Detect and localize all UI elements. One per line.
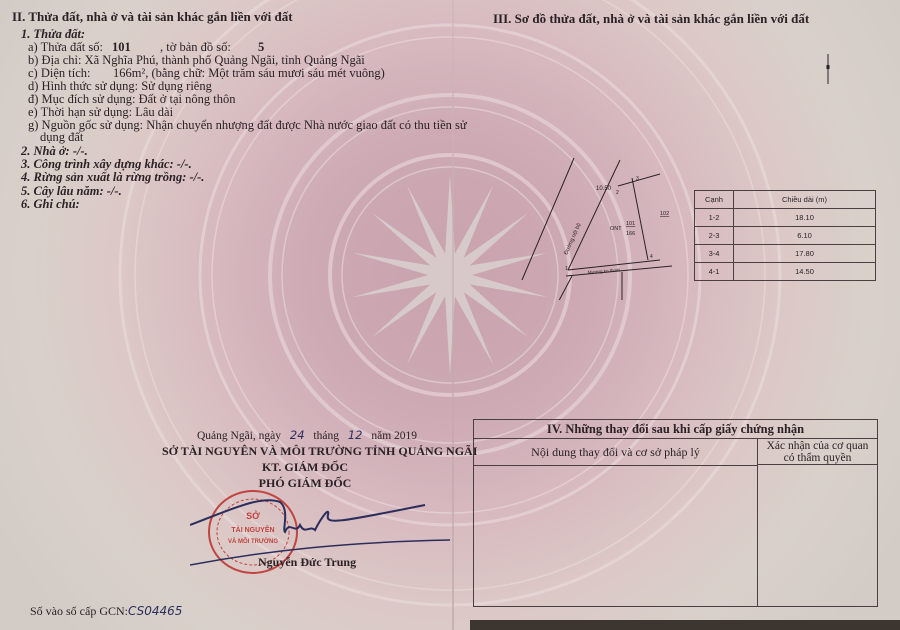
table-row: 2-36.10 — [695, 227, 876, 245]
address-line: b) Địa chỉ: Xã Nghĩa Phú, thành phố Quản… — [28, 53, 365, 67]
svg-text:Mương ko thoát: Mương ko thoát — [588, 267, 621, 275]
changes-authority-header: Xác nhận của cơ quan có thẩm quyền — [758, 439, 877, 465]
svg-text:166: 166 — [626, 231, 635, 237]
section-iii-title: III. Sơ đồ thửa đất, nhà ở và tài sản kh… — [493, 12, 809, 26]
changes-content-header: Nội dung thay đổi và cơ sở pháp lý — [474, 439, 757, 466]
usage-origin: g) Nguồn gốc sử dụng: Nhận chuyển nhượng… — [28, 118, 467, 132]
usage-term: e) Thời hạn sử dụng: Lâu dài — [28, 105, 173, 119]
item-planted-forest: 4. Rừng sản xuất là rừng trồng: -/-. — [21, 170, 204, 184]
svg-text:4: 4 — [650, 254, 653, 260]
header-length: Chiều dài (m) — [734, 191, 876, 209]
usage-purpose: đ) Mục đích sử dụng: Đất ở tại nông thôn — [28, 92, 235, 106]
area-label: c) Diện tích: — [28, 66, 90, 80]
svg-text:102: 102 — [660, 211, 669, 217]
table-header-row: Cạnh Chiều dài (m) — [695, 191, 876, 209]
map-sheet-label: , tờ bản đồ số: — [160, 40, 231, 54]
plot-diagram: 10.50 2 3 4 1 ONT 101 166 102 Đường nội … — [510, 150, 690, 300]
svg-text:101: 101 — [626, 221, 635, 227]
map-sheet-number: 5 — [258, 40, 264, 54]
issue-month: 12 — [348, 428, 363, 442]
registry-value: CS04465 — [128, 604, 182, 618]
section-ii-title: II. Thửa đất, nhà ở và tài sản khác gắn … — [12, 10, 293, 24]
north-arrow-icon — [824, 54, 832, 84]
column-divider — [757, 439, 758, 606]
photo-background-edge — [470, 620, 900, 630]
svg-text:ONT: ONT — [610, 226, 622, 232]
table-row: 3-417.80 — [695, 245, 876, 263]
header-edge: Cạnh — [695, 191, 734, 209]
issue-place-date: Quảng Ngãi, ngày 24 tháng 12 năm 2019 — [197, 428, 417, 443]
changes-table: IV. Những thay đổi sau khi cấp giấy chứn… — [473, 419, 878, 607]
signer-name: Nguyễn Đức Trung — [258, 555, 356, 569]
item-house: 2. Nhà ở: -/-. — [21, 144, 88, 158]
svg-text:1: 1 — [565, 266, 568, 272]
usage-form: d) Hình thức sử dụng: Sử dụng riêng — [28, 79, 212, 93]
item-notes: 6. Ghi chú: — [21, 197, 80, 211]
registry-number: Số vào sổ cấp GCN:CS04465 — [30, 604, 182, 618]
svg-text:3: 3 — [636, 176, 639, 182]
item-perennial-trees: 5. Cây lâu năm: -/-. — [21, 184, 122, 198]
area-value: 166m², (bằng chữ: Một trăm sáu mươi sáu … — [113, 66, 385, 80]
usage-origin-cont: dụng đất — [40, 130, 83, 144]
certificate-sheet: II. Thửa đất, nhà ở và tài sản khác gắn … — [0, 0, 900, 630]
issuing-agency: SỞ TÀI NGUYÊN VÀ MÔI TRƯỜNG TỈNH QUẢNG N… — [162, 444, 477, 458]
parcel-number: 101 — [112, 40, 131, 54]
parcel-number-label: a) Thửa đất số: — [28, 40, 103, 54]
issue-day: 24 — [290, 428, 305, 442]
page-fold — [452, 0, 454, 630]
section-iv-title: IV. Những thay đổi sau khi cấp giấy chứn… — [474, 420, 877, 439]
parcel-heading: 1. Thửa đất: — [21, 27, 85, 41]
svg-text:10.50: 10.50 — [596, 186, 612, 192]
item-other-construction: 3. Công trình xây dựng khác: -/-. — [21, 157, 192, 171]
table-row: 1-218.10 — [695, 209, 876, 227]
signer-role-1: KT. GIÁM ĐỐC — [230, 460, 380, 474]
edge-length-table: Cạnh Chiều dài (m) 1-218.10 2-36.10 3-41… — [694, 190, 876, 281]
svg-text:2: 2 — [616, 190, 619, 196]
svg-text:Đường nội bộ: Đường nội bộ — [563, 222, 582, 255]
table-row: 4-114.50 — [695, 263, 876, 281]
